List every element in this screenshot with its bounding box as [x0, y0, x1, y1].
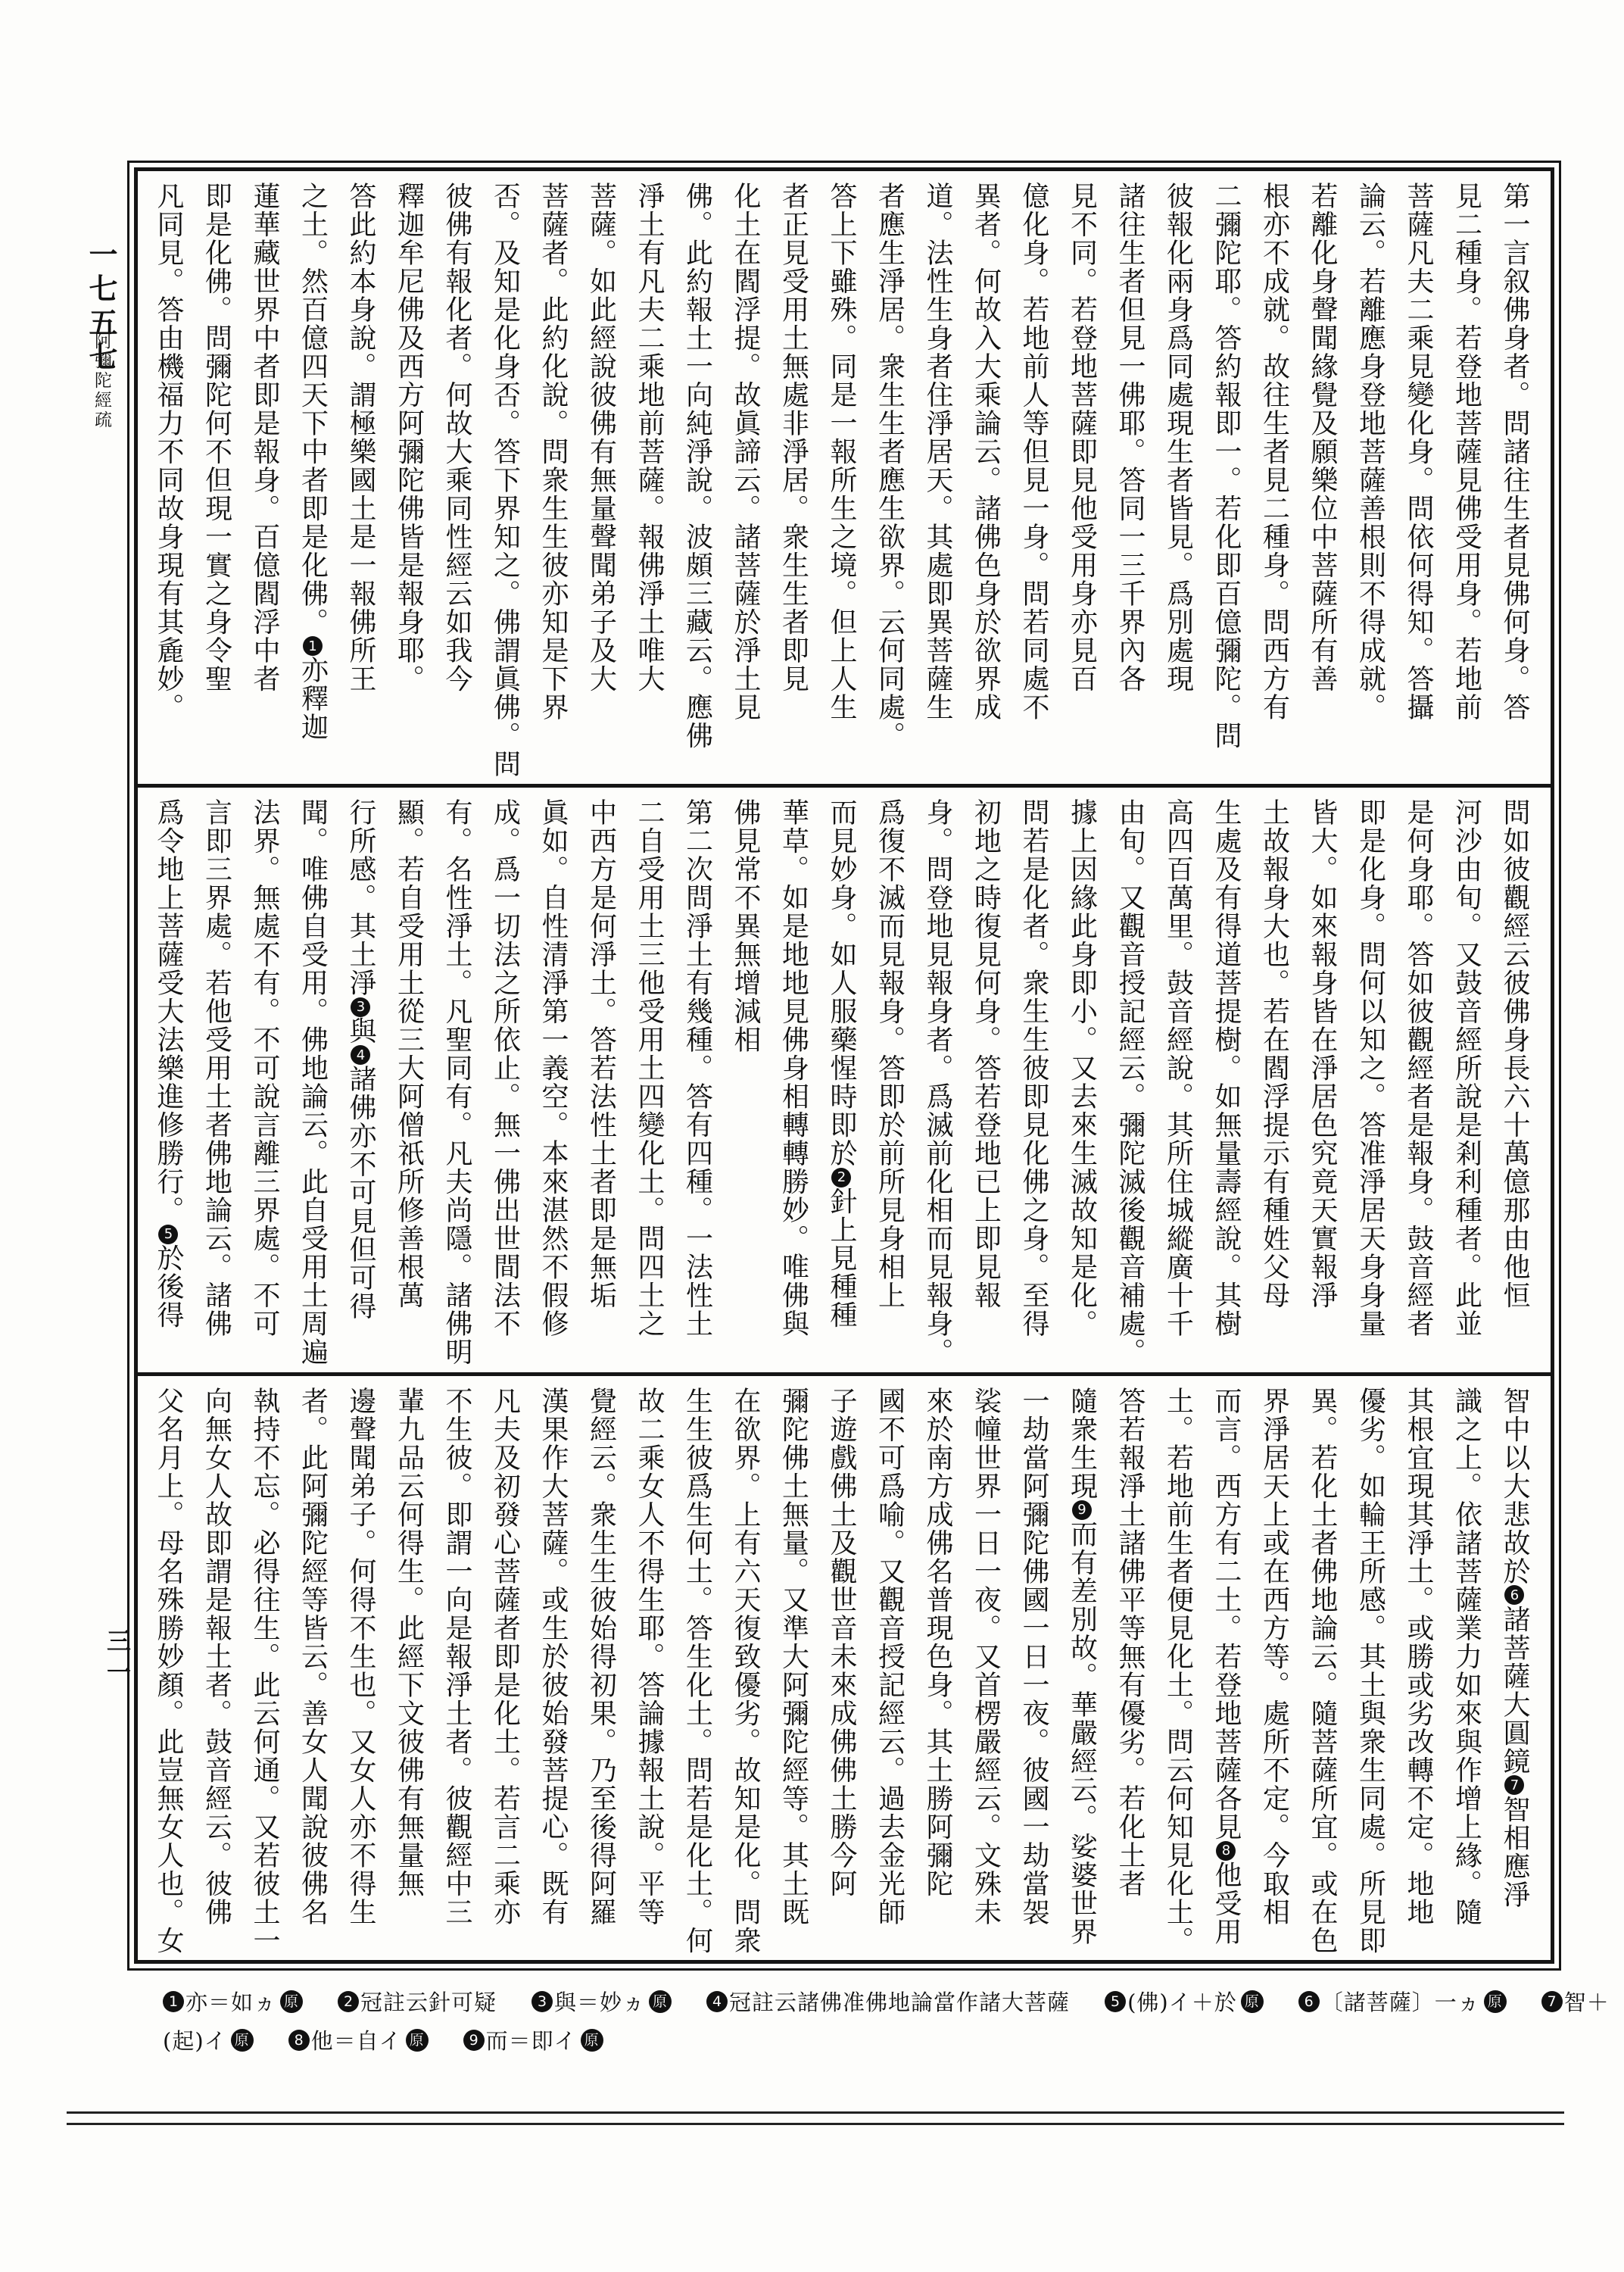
- text-column: 者應生淨居。衆生生者應生欲界。云何同處。: [865, 182, 914, 784]
- text-column: 彌陀佛土無量。又準大阿彌陀經等。其土既: [769, 1387, 818, 1961]
- text-column: 在欲界。上有六天復致優劣。故知是化。問衆: [722, 1387, 770, 1961]
- text-column: 者。此阿彌陀經等皆云。善女人聞說彼佛名: [288, 1387, 337, 1961]
- text-column: 行所感。其土淨3與4諸佛亦不可見但可得: [337, 798, 385, 1372]
- footnote-marker: 7: [1541, 1991, 1563, 2012]
- text-column: 菩薩者。此約化說。問衆生生彼亦知是下界: [529, 182, 578, 784]
- text-column: 道。法性生身者住淨居天。其處即異菩薩生: [914, 182, 962, 784]
- footnote-marker: 5: [158, 1225, 178, 1244]
- text-column: 識之上。依諸菩薩業力如來與作增上緣。隨: [1442, 1387, 1491, 1961]
- text-column: 初地之時復見何身。答若登地已上即見報: [962, 798, 1010, 1372]
- footnote-marker: 9: [463, 2030, 485, 2051]
- text-column: 華草。如是地地見佛身相轉轉勝妙。唯佛與: [769, 798, 818, 1372]
- text-frame-inner: 第一言叙佛身者。問諸往生者見佛何身。答見二種身。若登地菩薩見佛受用身。若地前菩薩…: [134, 167, 1554, 1964]
- text-column: 中西方是何淨土。答若法性土者即是無垢: [577, 798, 625, 1372]
- footnote-marker: 2: [831, 1168, 851, 1187]
- text-column: 生生彼爲生何土。答生化土。問若是化土。何: [673, 1387, 722, 1961]
- apparatus-line: (起)イ原8他＝自イ原9而＝即イ原: [163, 2024, 1563, 2055]
- text-column: 由旬。又觀音授記經云。彌陀滅後觀音補處。: [1106, 798, 1155, 1372]
- text-column: 故二乘女人不得生耶。答論據報土說。平等: [625, 1387, 674, 1961]
- footnote-entry: 1亦＝如ヵ原: [163, 1986, 303, 2017]
- footnote-marker: 5: [1105, 1991, 1126, 2012]
- text-column: 佛見常不異無增減相: [722, 798, 770, 1372]
- text-column: 若離化身聲聞緣覺及願樂位中菩薩所有善: [1298, 182, 1347, 784]
- text-column: 覺經云。衆生生彼始得初果。乃至後得阿羅: [577, 1387, 625, 1961]
- text-column: 來於南方成佛名普現色身。其土勝阿彌陀: [914, 1387, 962, 1961]
- text-column: 彼佛有報化者。何故大乘同性經云如我今: [433, 182, 482, 784]
- text-column: 菩薩。如此經說彼佛有無量聲聞弟子及大: [577, 182, 625, 784]
- siglum-icon: 原: [581, 2029, 603, 2052]
- text-column: 皆大。如來報身皆在淨居色究竟天實報淨: [1298, 798, 1347, 1372]
- text-column: 之土。然百億四天下中者即是化佛。1亦釋迦: [288, 182, 337, 784]
- text-column: 異。若化土者佛地論云。隨菩薩所宜。或在色: [1298, 1387, 1347, 1961]
- text-column: 不生彼。即謂一向是報淨土者。彼觀經中三: [433, 1387, 482, 1961]
- text-column: 父名月上。母名殊勝妙顏。此豈無女人也。女: [145, 1387, 193, 1961]
- text-column: 第二次問淨土有幾種。答有四種。一法性土: [673, 798, 722, 1372]
- text-column: 生處及有得道菩提樹。如無量壽經說。其樹: [1202, 798, 1251, 1372]
- text-column: 異者。何故入大乘論云。諸佛色身於欲界成: [962, 182, 1010, 784]
- text-column: 答上下雖殊。同是一報所生之境。但上人生: [818, 182, 866, 784]
- scanned-canon-page: 一七五七 阿彌陀經疏 三一 第一言叙佛身者。問諸往生者見佛何身。答見二種身。若登…: [0, 0, 1624, 2272]
- siglum-icon: 原: [231, 2029, 254, 2052]
- text-column: 執持不忘。必得往生。此云何通。又若彼土一: [241, 1387, 289, 1961]
- text-column: 淨土有凡夫二乘地前菩薩。報佛淨土唯大: [625, 182, 674, 784]
- text-column: 爲令地上菩薩受大法樂進修勝行。5於後得: [145, 798, 193, 1372]
- text-column: 佛。此約報土一向純淨說。波頗三藏云。應佛: [673, 182, 722, 784]
- text-column: 論云。若離應身登地菩薩善根則不得成就。: [1346, 182, 1395, 784]
- text-frame: 第一言叙佛身者。問諸往生者見佛何身。答見二種身。若登地菩薩見佛受用身。若地前菩薩…: [127, 161, 1561, 1971]
- siglum-icon: 原: [1484, 1990, 1507, 2013]
- text-column: 見二種身。若登地菩薩見佛受用身。若地前: [1442, 182, 1491, 784]
- register-middle: 問如彼觀經云彼佛身長六十萬億那由他恒河沙由旬。又鼓音經所說是剎利種者。此並是何身…: [138, 788, 1551, 1376]
- text-column: 答若報淨土諸佛平等無有優劣。若化土者: [1106, 1387, 1155, 1961]
- text-column: 化土在閻浮提。故眞諦云。諸菩薩於淨土見: [722, 182, 770, 784]
- siglum-icon: 原: [280, 1990, 303, 2013]
- text-column: 而見妙身。如人服藥惺時即於2針上見種種: [818, 798, 866, 1372]
- text-column: 其根宜現其淨土。或勝或劣改轉不定。地地: [1395, 1387, 1443, 1961]
- siglum-icon: 原: [649, 1990, 672, 2013]
- text-column: 二自受用土三他受用土四變化土。問四土之: [625, 798, 674, 1372]
- work-title-label: 阿彌陀經疏: [89, 332, 114, 430]
- text-column: 成。爲一切法之所依止。無一佛出世間法不: [481, 798, 529, 1372]
- footnote-apparatus: 1亦＝如ヵ原2冠註云針可疑3與＝妙ヵ原4冠註云諸佛准佛地論當作諸大菩薩5(佛)イ…: [163, 1986, 1563, 2063]
- text-column: 即是化身。問何以知之。答准淨居天身身量: [1346, 798, 1395, 1372]
- text-column: 根亦不成就。故往生者見二種身。問西方有: [1250, 182, 1298, 784]
- text-column: 優劣。如輪王所感。其土與衆生同處。所見即: [1346, 1387, 1395, 1961]
- footnote-marker: 9: [1072, 1500, 1092, 1520]
- text-column: 億化身。若地前人等但見一身。問若同處不: [1010, 182, 1058, 784]
- footnote-entry: (起)イ原: [163, 2024, 254, 2055]
- text-column: 界淨居天上或在西方等。處所不定。今取相: [1250, 1387, 1298, 1961]
- text-column: 釋迦牟尼佛及西方阿彌陀佛皆是報身耶。: [385, 182, 433, 784]
- text-column: 邊聲聞弟子。何得不生也。又女人亦不得生: [337, 1387, 385, 1961]
- bottom-double-rule: [67, 2111, 1564, 2125]
- text-column: 爲復不滅而見報身。答即於前所見身相上: [865, 798, 914, 1372]
- text-column: 顯。若自受用土從三大阿僧祇所修善根萬: [385, 798, 433, 1372]
- text-column: 問若是化者。衆生生彼即見化佛之身。至得: [1010, 798, 1058, 1372]
- footnote-entry: 4冠註云諸佛准佛地論當作諸大菩薩: [706, 1986, 1070, 2017]
- text-column: 言即三界處。若他受用土者佛地論云。諸佛: [192, 798, 241, 1372]
- text-column: 菩薩凡夫二乘見變化身。問依何得知。答攝: [1395, 182, 1443, 784]
- footnote-marker: 8: [1216, 1841, 1236, 1861]
- footnote-entry: 9而＝即イ原: [463, 2024, 603, 2055]
- text-column: 者正見受用土無處非淨居。衆生生者即見: [769, 182, 818, 784]
- footnote-marker: 6: [1504, 1585, 1524, 1605]
- footnote-marker: 2: [338, 1991, 359, 2012]
- text-column: 諸往生者但見一佛耶。答同一三千界內各: [1106, 182, 1155, 784]
- footnote-marker: 6: [1298, 1991, 1320, 2012]
- text-column: 即是化佛。問彌陀何不但現一實之身令聖: [192, 182, 241, 784]
- text-column: 見不同。若登地菩薩即見他受用身亦見百: [1058, 182, 1106, 784]
- footnote-entry: 5(佛)イ＋於原: [1105, 1986, 1264, 2017]
- footnote-marker: 4: [706, 1991, 728, 2012]
- text-column: 問如彼觀經云彼佛身長六十萬億那由他恒: [1491, 798, 1539, 1372]
- footnote-marker: 1: [163, 1991, 184, 2012]
- text-column: 土故報身大也。若在閻浮提示有種姓父母: [1250, 798, 1298, 1372]
- text-column: 答此約本身說。謂極樂國土是一報佛所王: [337, 182, 385, 784]
- text-column: 法界。無處不有。不可說言離三界處。不可: [241, 798, 289, 1372]
- footnote-marker: 1: [303, 636, 323, 656]
- text-column: 是何身耶。答如彼觀經者是報身。鼓音經者: [1395, 798, 1443, 1372]
- footnote-entry: 7智＋: [1541, 1986, 1610, 2017]
- text-column: 向無女人故即謂是報土者。鼓音經云。彼佛: [192, 1387, 241, 1961]
- register-lower: 智中以大悲故於6諸菩薩大圓鏡7智相應淨識之上。依諸菩薩業力如來與作增上緣。隨其根…: [138, 1376, 1551, 1961]
- footnote-marker: 3: [351, 997, 370, 1017]
- footnote-entry: 3與＝妙ヵ原: [531, 1986, 672, 2017]
- text-column: 而言。西方有二土。若登地菩薩各見8他受用: [1202, 1387, 1251, 1961]
- text-column: 一劫當阿彌陀佛國一日一夜。彼國一劫當袈: [1010, 1387, 1058, 1961]
- text-column: 第一言叙佛身者。問諸往生者見佛何身。答: [1491, 182, 1539, 784]
- footnote-marker: 8: [288, 2030, 310, 2051]
- text-column: 輩九品云何得生。此經下文彼佛有無量無: [385, 1387, 433, 1961]
- text-column: 蓮華藏世界中者即是報身。百億閻浮中者: [241, 182, 289, 784]
- text-column: 隨衆生現9而有差別故。華嚴經云。娑婆世界: [1058, 1387, 1106, 1961]
- text-column: 二彌陀耶。答約報即一。若化即百億彌陀。問: [1202, 182, 1251, 784]
- footnote-entry: 6〔諸菩薩〕一ヵ原: [1298, 1986, 1507, 2017]
- text-column: 據上因緣此身即小。又去來生滅故知是化。: [1058, 798, 1106, 1372]
- text-column: 子遊戲佛土及觀世音未來成佛佛土勝今阿: [818, 1387, 866, 1961]
- text-column: 身。問登地見報身者。爲滅前化相而見報身。: [914, 798, 962, 1372]
- register-upper: 第一言叙佛身者。問諸往生者見佛何身。答見二種身。若登地菩薩見佛受用身。若地前菩薩…: [138, 171, 1551, 788]
- text-column: 凡同見。答由機福力不同故身現有其麁妙。: [145, 182, 193, 784]
- text-column: 彼報化兩身爲同處現生者皆見。爲別處現: [1154, 182, 1202, 784]
- text-column: 高四百萬里。鼓音經說。其所住城縱廣十千: [1154, 798, 1202, 1372]
- text-column: 土。若地前生者便見化土。問云何知見化土。: [1154, 1387, 1202, 1961]
- text-column: 智中以大悲故於6諸菩薩大圓鏡7智相應淨: [1491, 1387, 1539, 1961]
- siglum-icon: 原: [406, 2029, 429, 2052]
- text-column: 凡夫及初發心菩薩者即是化土。若言二乘亦: [481, 1387, 529, 1961]
- footnote-entry: 2冠註云針可疑: [338, 1986, 497, 2017]
- text-column: 眞如。自性清淨第一義空。本來湛然不假修: [529, 798, 578, 1372]
- text-column: 有。名性淨土。凡聖同有。凡夫尚隱。諸佛明: [433, 798, 482, 1372]
- footnote-marker: 4: [351, 1045, 370, 1065]
- apparatus-line: 1亦＝如ヵ原2冠註云針可疑3與＝妙ヵ原4冠註云諸佛准佛地論當作諸大菩薩5(佛)イ…: [163, 1986, 1563, 2017]
- text-column: 否。及知是化身否。答下界知之。佛謂眞佛。問: [481, 182, 529, 784]
- text-column: 裟幢世界一日一夜。又首楞嚴經云。文殊未: [962, 1387, 1010, 1961]
- text-column: 國不可爲喻。又觀音授記經云。過去金光師: [865, 1387, 914, 1961]
- footnote-entry: 8他＝自イ原: [288, 2024, 429, 2055]
- footnote-marker: 7: [1504, 1775, 1524, 1795]
- siglum-icon: 原: [1241, 1990, 1264, 2013]
- footnote-marker: 3: [531, 1991, 553, 2012]
- text-column: 聞。唯佛自受用。佛地論云。此自受用土周遍: [288, 798, 337, 1372]
- text-column: 河沙由旬。又鼓音經所說是剎利種者。此並: [1442, 798, 1491, 1372]
- text-column: 漢果作大菩薩。或生於彼始發菩提心。既有: [529, 1387, 578, 1961]
